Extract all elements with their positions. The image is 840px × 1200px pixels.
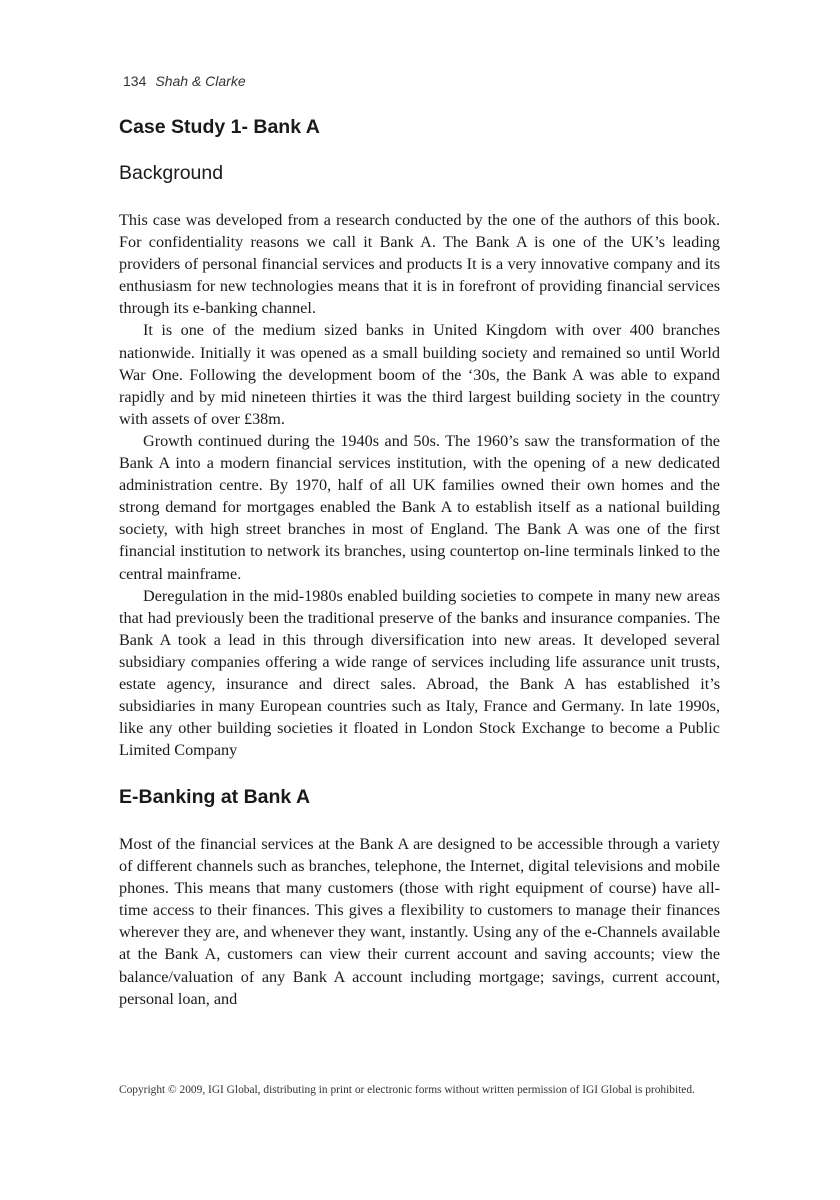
- running-head-authors: Shah & Clarke: [155, 73, 245, 89]
- ebanking-section-body: Most of the financial services at the Ba…: [119, 833, 720, 1010]
- running-head: 134Shah & Clarke: [123, 73, 246, 89]
- page-number: 134: [123, 73, 146, 89]
- copyright-notice: Copyright © 2009, IGI Global, distributi…: [119, 1083, 720, 1098]
- section-heading-ebanking: E-Banking at Bank A: [119, 786, 310, 809]
- background-section-body: This case was developed from a research …: [119, 209, 720, 761]
- paragraph: Most of the financial services at the Ba…: [119, 833, 720, 1010]
- paragraph: This case was developed from a research …: [119, 209, 720, 319]
- paragraph: Deregulation in the mid-1980s enabled bu…: [119, 585, 720, 762]
- section-heading-case-study: Case Study 1- Bank A: [119, 116, 320, 139]
- paragraph: It is one of the medium sized banks in U…: [119, 319, 720, 429]
- subsection-heading-background: Background: [119, 162, 223, 185]
- paragraph: Growth continued during the 1940s and 50…: [119, 430, 720, 585]
